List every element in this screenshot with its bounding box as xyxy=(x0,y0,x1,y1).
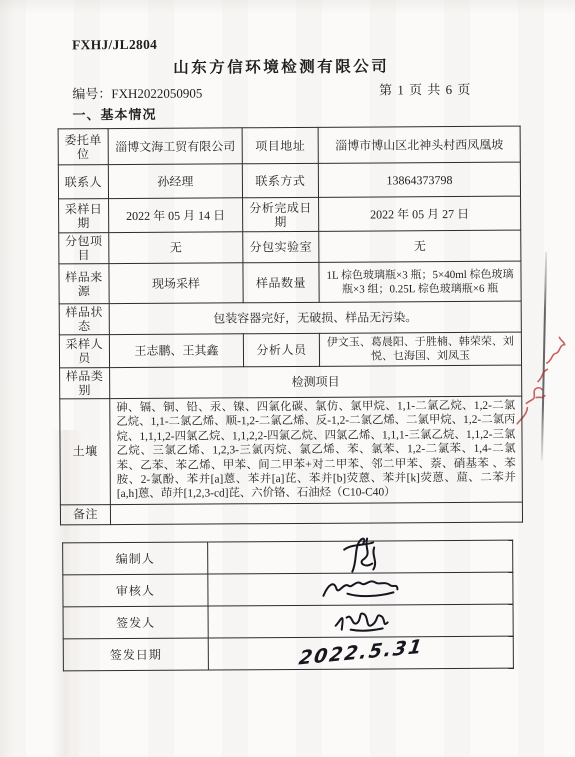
form-code: FXHJ/JL2804 xyxy=(72,35,523,54)
cell-value: 淄博市博山区北神头村西凤凰坡 xyxy=(318,126,520,163)
cell-value: 孙经理 xyxy=(108,164,242,199)
cell-value: 现场采样 xyxy=(109,263,243,304)
cell-value: 2022 年 05 月 27 日 xyxy=(319,196,521,231)
cell-label: 分包项目 xyxy=(59,233,109,264)
signoff-table: 编制人 审核人 签发人 xyxy=(62,539,514,671)
cell-value: 2022 年 05 月 14 日 xyxy=(109,198,243,233)
table-row: 备注 xyxy=(60,502,522,525)
handwritten-signature xyxy=(321,573,399,601)
table-row: 分包项目 无 分包实验室 无 xyxy=(59,230,521,264)
table-row: 采样日期 2022 年 05 月 14 日 分析完成日期 2022 年 05 月… xyxy=(59,196,521,233)
table-row: 土壤 砷、镉、铜、铅、汞、镍、四氯化碳、氯仿、氯甲烷、1,1-二氯乙烷、1,2-… xyxy=(60,396,523,505)
soil-category-cell: 土壤 xyxy=(60,399,111,505)
cell-label: 样品数量 xyxy=(243,262,319,302)
signature-cell xyxy=(208,540,513,574)
cell-label: 采样人员 xyxy=(59,335,109,368)
table-row: 委托单位 淄博文海工贸有限公司 项目地址 淄博市博山区北神头村西凤凰坡 xyxy=(58,126,520,165)
cell-label: 签发人 xyxy=(63,606,208,639)
basic-info-table: 委托单位 淄博文海工贸有限公司 项目地址 淄博市博山区北神头村西凤凰坡 联系人 … xyxy=(58,126,523,526)
table-row: 签发日期 2022.5.31 xyxy=(63,636,513,671)
cell-label: 采样日期 xyxy=(59,199,109,233)
scanned-document: FXHJ/JL2804 山东方信环境检测有限公司 编号：FXH202205090… xyxy=(57,29,527,672)
signoff-date-cell: 2022.5.31 xyxy=(208,636,513,670)
table-row: 样品类别 检测项目 xyxy=(60,365,522,399)
cell-label: 样品来源 xyxy=(59,264,109,304)
table-row: 采样人员 王志鹏、王其鑫 分析人员 伊文玉、葛晨阳、于胜楠、韩荣荣、刘悦、乜海国… xyxy=(59,332,521,368)
cell-label: 分析人员 xyxy=(243,333,319,366)
cell-label: 项目地址 xyxy=(242,127,318,163)
cell-value: 1L 棕色玻璃瓶×3 瓶；5×40ml 棕色玻璃瓶×3 组；0.25L 棕色玻璃… xyxy=(319,261,521,302)
table-row: 审核人 xyxy=(63,572,513,607)
doc-number-label: 编号： xyxy=(72,86,111,101)
cell-label: 联系人 xyxy=(58,165,108,199)
cell-label: 样品类别 xyxy=(60,368,110,399)
company-title: 山东方信环境检测有限公司 xyxy=(57,54,523,79)
cell-value: 伊文玉、葛晨阳、于胜楠、韩荣荣、刘悦、乜海国、刘凤玉 xyxy=(319,332,521,366)
cell-value: 13864373798 xyxy=(318,162,520,197)
table-row: 联系人 孙经理 联系方式 13864373798 xyxy=(58,162,520,199)
cell-value: 淄博文海工贸有限公司 xyxy=(108,128,242,165)
doc-number: FXH2022050905 xyxy=(111,86,202,102)
cell-value: 无 xyxy=(319,230,521,262)
cell-value: 检测项目 xyxy=(110,365,522,399)
cell-label: 分析完成日期 xyxy=(243,197,319,231)
cell-label: 备注 xyxy=(60,504,110,524)
cell-label: 审核人 xyxy=(63,574,208,607)
section-title: 一、基本情况 xyxy=(72,102,523,124)
cell-label: 编制人 xyxy=(63,542,208,575)
table-row: 样品状态 包装容器完好，无破损、样品无污染。 xyxy=(59,301,521,335)
handwritten-signature xyxy=(331,605,391,633)
signature-cell xyxy=(208,572,513,606)
table-row: 编制人 xyxy=(63,540,513,575)
cell-value xyxy=(110,502,522,525)
cell-value: 王志鹏、王其鑫 xyxy=(109,334,243,368)
paper-top-shade xyxy=(0,0,575,14)
signature-cell xyxy=(208,604,513,638)
cell-label: 样品状态 xyxy=(59,304,109,335)
table-row: 签发人 xyxy=(63,604,513,639)
cell-label: 委托单位 xyxy=(58,129,108,165)
signoff-date-handwriting: 2022.5.31 xyxy=(297,636,425,670)
cell-label: 签发日期 xyxy=(63,638,208,671)
cell-label: 分包实验室 xyxy=(243,231,319,262)
page-indicator: 第 1 页 共 6 页 xyxy=(379,79,471,99)
cell-value: 无 xyxy=(109,232,243,264)
cell-label: 联系方式 xyxy=(242,163,318,197)
handwritten-signature xyxy=(337,535,383,575)
doc-number-line: 编号：FXH2022050905 第 1 页 共 6 页 xyxy=(72,81,523,102)
test-items-cell: 砷、镉、铜、铅、汞、镍、四氯化碳、氯仿、氯甲烷、1,1-二氯乙烷、1,2-二氯乙… xyxy=(110,396,523,504)
cell-value: 包装容器完好，无破损、样品无污染。 xyxy=(109,301,521,335)
table-row: 样品来源 现场采样 样品数量 1L 棕色玻璃瓶×3 瓶；5×40ml 棕色玻璃瓶… xyxy=(59,261,521,304)
